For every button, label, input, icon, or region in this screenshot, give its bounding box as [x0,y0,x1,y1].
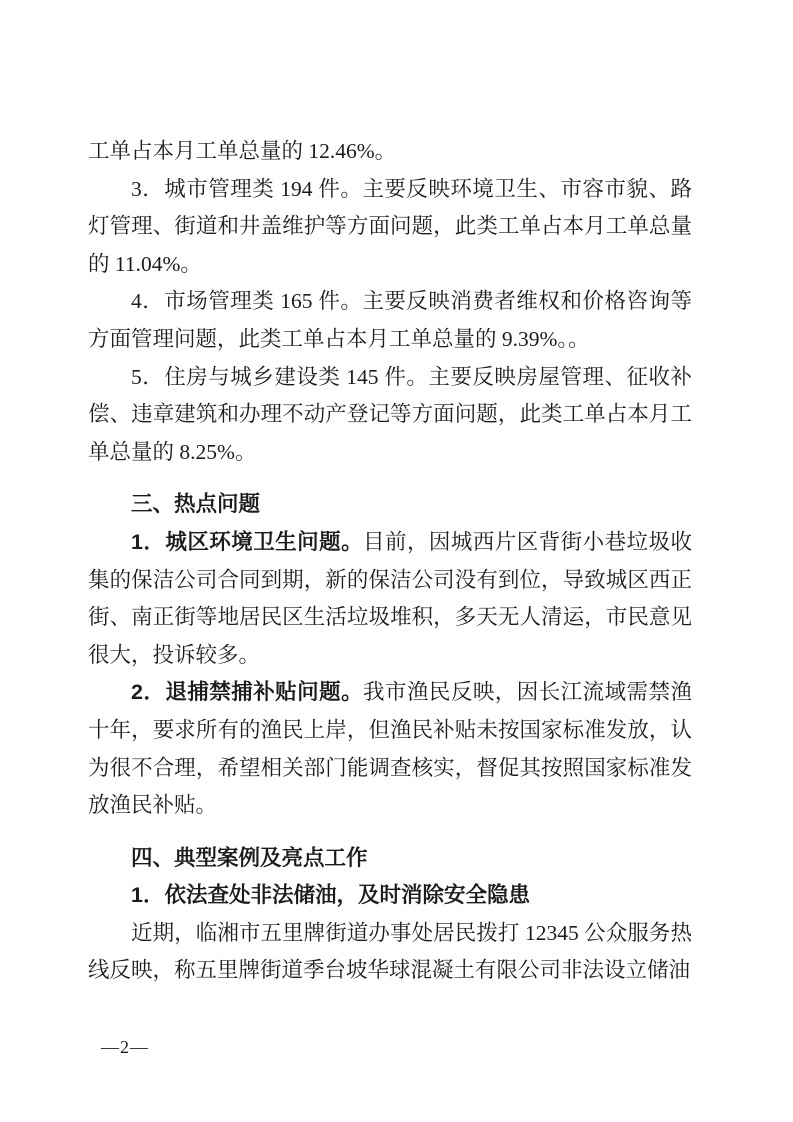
paragraph-hot-issue-fishing-subsidy: 2．退捕禁捕补贴问题。我市渔民反映，因长江流域需禁渔十年，要求所有的渔民上岸，但… [88,674,692,824]
document-body: 工单占本月工单总量的 12.46%。 3．城市管理类 194 件。主要反映环境卫… [88,133,692,990]
paragraph-city-management: 3．城市管理类 194 件。主要反映环境卫生、市容市貌、路灯管理、街道和井盖维护… [88,171,692,284]
hot-issue-fishing-subsidy-lead: 2．退捕禁捕补贴问题。 [131,680,363,704]
case-heading-illegal-oil-storage: 1．依法查处非法储油，及时消除安全隐患 [88,877,692,915]
paragraph-continuation: 工单占本月工单总量的 12.46%。 [88,133,692,171]
page-number: —2— [101,1036,149,1058]
hot-issue-environment-lead: 1．城区环境卫生问题。 [131,530,363,554]
paragraph-case-illegal-oil-storage: 近期，临湘市五里牌街道办事处居民拨打 12345 公众服务热线反映，称五里牌街道… [88,915,692,990]
document-page: 工单占本月工单总量的 12.46%。 3．城市管理类 194 件。主要反映环境卫… [0,0,793,1122]
paragraph-housing-construction: 5．住房与城乡建设类 145 件。主要反映房屋管理、征收补偿、违章建筑和办理不动… [88,359,692,472]
paragraph-hot-issue-environment: 1．城区环境卫生问题。目前，因城西片区背街小巷垃圾收集的保洁公司合同到期，新的保… [88,524,692,674]
paragraph-market-management: 4．市场管理类 165 件。主要反映消费者维权和价格咨询等方面管理问题，此类工单… [88,283,692,358]
section-heading-typical-cases: 四、典型案例及亮点工作 [88,840,692,878]
section-heading-hot-issues: 三、热点问题 [88,486,692,524]
